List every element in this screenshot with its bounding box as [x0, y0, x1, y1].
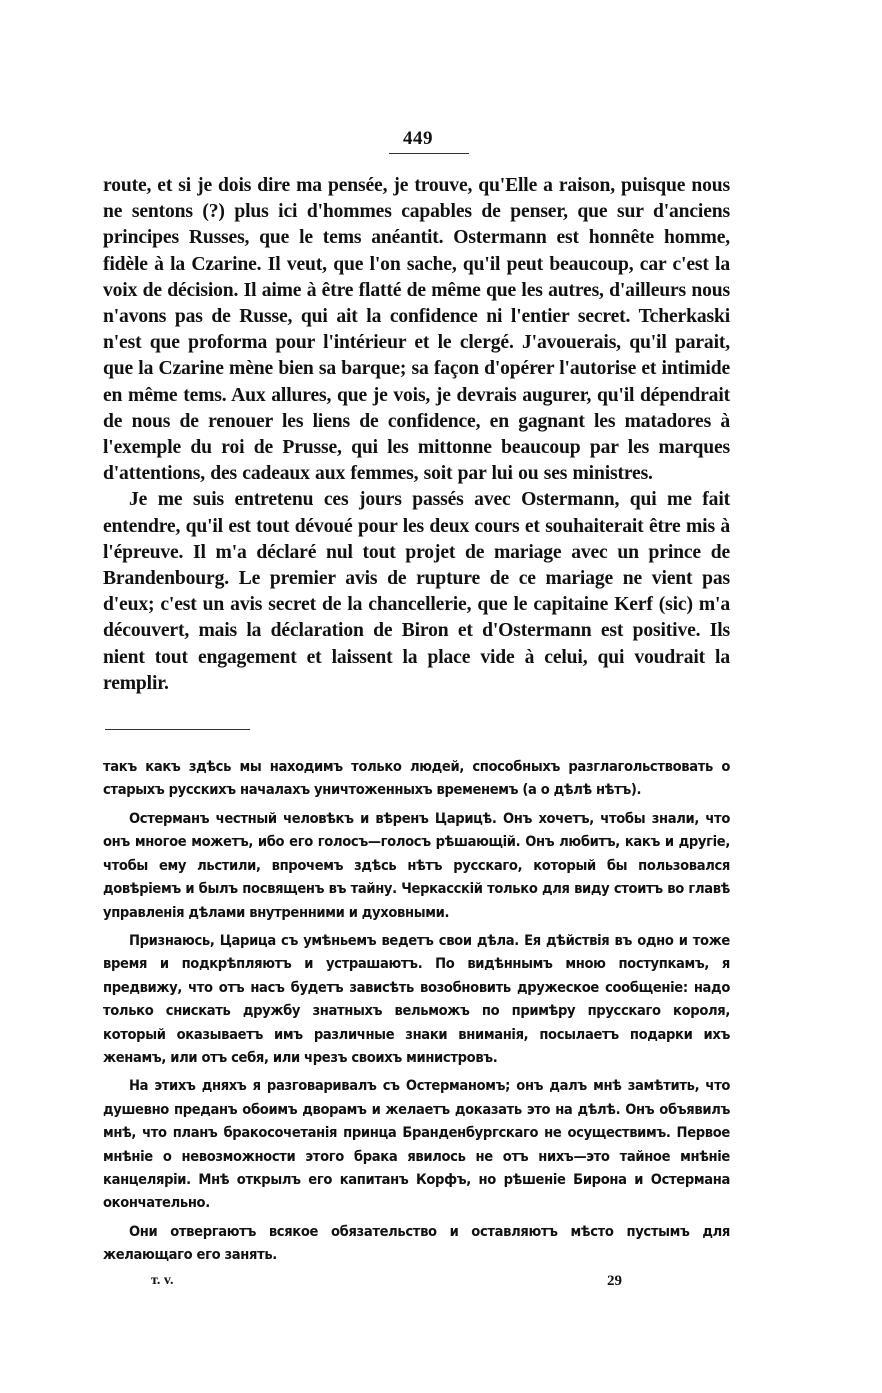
- footnote-paragraph-3: Признаюсь, Царица съ умѣньемъ ведетъ сво…: [103, 929, 730, 1069]
- footnote-russian-translation: такъ какъ здѣсь мы находимъ только людей…: [103, 755, 730, 1267]
- page-number: 449: [343, 128, 493, 150]
- footnote-paragraph-5: Они отвергаютъ всякое обязательство и ос…: [103, 1220, 730, 1267]
- footnote-paragraph-4: На этихъ дняхъ я разговаривалъ съ Остерм…: [103, 1074, 730, 1214]
- book-page: 449 route, et si je dois dire ma pensée,…: [103, 128, 730, 1291]
- footnote-paragraph-2: Остерманъ честный человѣкъ и вѣренъ Цари…: [103, 807, 730, 924]
- main-paragraph-2: Je me suis entretenu ces jours passés av…: [103, 487, 730, 697]
- volume-mark: т. v.: [151, 1271, 174, 1291]
- footnote-paragraph-1: такъ какъ здѣсь мы находимъ только людей…: [103, 755, 730, 802]
- sheet-number: 29: [607, 1271, 622, 1291]
- footnote-separator: [105, 729, 250, 730]
- page-number-rule: [389, 153, 469, 154]
- main-text-french: route, et si je dois dire ma pensée, je …: [103, 173, 730, 697]
- signature-line: т. v. 29: [103, 1271, 730, 1291]
- main-paragraph-1: route, et si je dois dire ma pensée, je …: [103, 173, 730, 487]
